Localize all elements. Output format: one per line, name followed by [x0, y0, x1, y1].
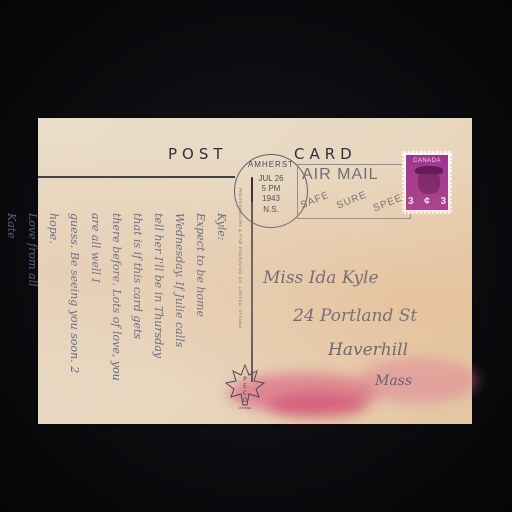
pink-stain	[268, 393, 368, 418]
address-street: 24 Portland St	[293, 306, 417, 326]
slogan-word: SAFE	[299, 190, 331, 211]
message-line: hope.	[39, 213, 60, 381]
cap-icon	[415, 166, 443, 174]
message-line: that is if this card gets	[123, 213, 144, 381]
postage-stamp: CANADA 3 ¢ 3	[402, 151, 452, 214]
message-line: tell her I'll be in Thursday	[144, 213, 165, 381]
handwritten-message: Kyle: Expect to be home Wednesday. If Ju…	[0, 213, 228, 381]
address-city: Haverhill	[328, 340, 408, 360]
message-line: Wednesday. If Julie calls	[165, 213, 186, 381]
address-state: Mass	[375, 373, 412, 389]
svg-text:C: C	[243, 390, 247, 397]
svg-text:P: P	[243, 376, 247, 383]
stamp-value-left: 3	[408, 196, 414, 207]
stamp-value-right: 3	[440, 196, 446, 207]
message-line: guess. Be seeing you soon. 2	[60, 213, 81, 381]
message-line: there before. Lots of love, you	[102, 213, 123, 381]
svg-text:OTTAWA: OTTAWA	[239, 406, 252, 410]
message-line: Expect to be home	[186, 213, 207, 381]
air-mail-slogan-cancel: AIR MAIL SAFE SURE SPEEDY	[297, 164, 411, 219]
message-line: Love from all	[18, 213, 39, 381]
svg-text:O: O	[243, 397, 248, 404]
stamp-denomination: 3 ¢ 3	[408, 196, 446, 207]
post-heading: POST	[168, 145, 228, 163]
address-name: Miss Ida Kyle	[263, 268, 379, 288]
message-divider-line	[38, 176, 235, 178]
publisher-logo: P E C O OTTAWA	[223, 361, 267, 411]
stamp-country: CANADA	[406, 158, 448, 164]
stamp-face: CANADA 3 ¢ 3	[406, 155, 448, 210]
message-line: Kate	[0, 213, 18, 381]
maple-leaf-icon: P E C O OTTAWA	[223, 361, 267, 411]
stamp-value-mid: ¢	[424, 196, 430, 207]
svg-text:E: E	[243, 383, 247, 390]
message-line: Kyle:	[207, 213, 228, 381]
postcard: POST CARD PHOTOGRAVURE & FINE ENGRAVING …	[38, 118, 472, 424]
slogan-word: SURE	[335, 189, 369, 211]
slogan-main: AIR MAIL	[302, 166, 378, 184]
message-line: are all well I	[81, 213, 102, 381]
